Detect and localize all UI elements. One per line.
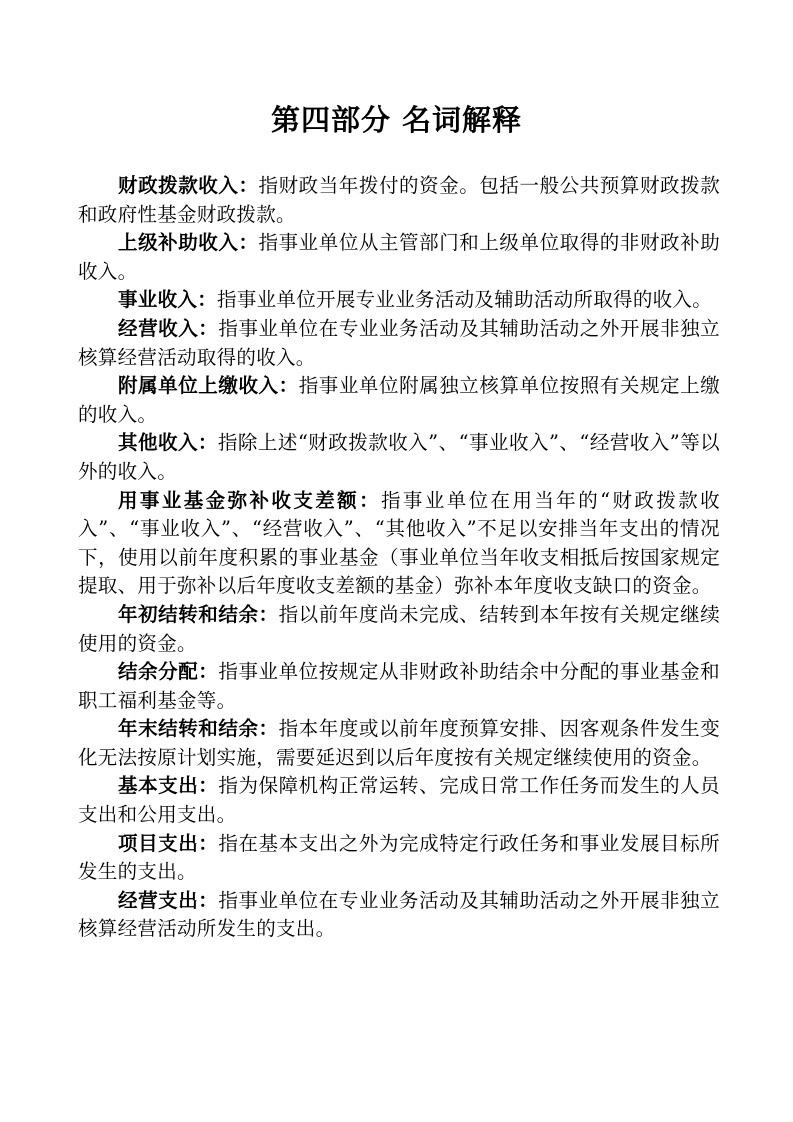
glossary-entry: 年末结转和结余：指本年度或以前年度预算安排、因客观条件发生变化无法按原计划实施，… xyxy=(78,715,720,772)
term-label: 结余分配： xyxy=(118,660,218,683)
glossary-entry: 年初结转和结余：指以前年度尚未完成、结转到本年按有关规定继续使用的资金。 xyxy=(78,601,720,658)
glossary-entry: 经营收入：指事业单位在专业业务活动及其辅助活动之外开展非独立核算经营活动取得的收… xyxy=(78,315,720,372)
term-label: 项目支出： xyxy=(118,832,218,855)
term-label: 经营收入： xyxy=(118,317,218,340)
glossary-entry: 基本支出：指为保障机构正常运转、完成日常工作任务而发生的人员支出和公用支出。 xyxy=(78,772,720,829)
term-label: 经营支出： xyxy=(118,889,218,912)
glossary-entry: 用事业基金弥补收支差额：指事业单位在用当年的“财政拨款收入”、“事业收入”、“经… xyxy=(78,487,720,601)
term-label: 财政拨款收入： xyxy=(118,174,259,197)
glossary: 财政拨款收入：指财政当年拨付的资金。包括一般公共预算财政拨款和政府性基金财政拨款… xyxy=(78,172,720,944)
glossary-entry: 上级补助收入：指事业单位从主管部门和上级单位取得的非财政补助收入。 xyxy=(78,229,720,286)
glossary-entry: 事业收入：指事业单位开展专业业务活动及辅助活动所取得的收入。 xyxy=(78,286,720,315)
glossary-entry: 财政拨款收入：指财政当年拨付的资金。包括一般公共预算财政拨款和政府性基金财政拨款… xyxy=(78,172,720,229)
term-label: 年末结转和结余： xyxy=(118,717,279,740)
glossary-entry: 其他收入：指除上述“财政拨款收入”、“事业收入”、“经营收入”等以外的收入。 xyxy=(78,429,720,486)
glossary-entry: 附属单位上缴收入：指事业单位附属独立核算单位按照有关规定上缴的收入。 xyxy=(78,372,720,429)
term-label: 基本支出： xyxy=(118,774,218,797)
term-definition: 指事业单位开展专业业务活动及辅助活动所取得的收入。 xyxy=(217,288,712,311)
term-label: 年初结转和结余： xyxy=(118,603,279,626)
page-title: 第四部分 名词解释 xyxy=(0,98,793,139)
glossary-entry: 经营支出：指事业单位在专业业务活动及其辅助活动之外开展非独立核算经营活动所发生的… xyxy=(78,887,720,944)
term-label: 上级补助收入： xyxy=(118,231,259,254)
glossary-entry: 结余分配：指事业单位按规定从非财政补助结余中分配的事业基金和职工福利基金等。 xyxy=(78,658,720,715)
term-label: 附属单位上缴收入： xyxy=(118,374,299,397)
term-label: 其他收入： xyxy=(118,431,218,454)
term-label: 事业收入： xyxy=(118,288,217,311)
glossary-entry: 项目支出：指在基本支出之外为完成特定行政任务和事业发展目标所发生的支出。 xyxy=(78,830,720,887)
term-label: 用事业基金弥补收支差额： xyxy=(118,489,381,512)
